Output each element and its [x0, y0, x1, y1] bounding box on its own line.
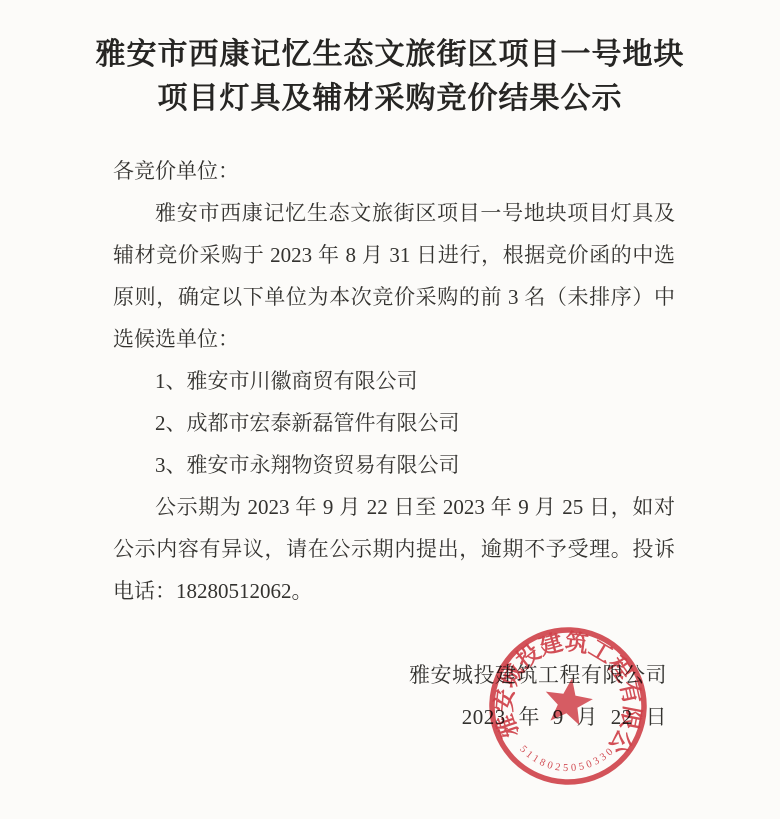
official-seal: 雅安城投建筑工程有限公司 5118025050330: [483, 621, 653, 791]
paragraph1-line-1: 雅安市西康记忆生态文旅街区项目一号地块项目灯具及: [113, 192, 675, 234]
title-line-2: 项目灯具及辅材采购竞价结果公示: [0, 77, 780, 121]
salutation: 各竞价单位：: [113, 150, 675, 192]
title-line-1: 雅安市西康记忆生态文旅街区项目一号地块: [0, 33, 780, 77]
paragraph1-line-4: 选候选单位：: [113, 318, 675, 360]
paragraph2-line-3: 电话：18280512062。: [113, 570, 675, 612]
document-title: 雅安市西康记忆生态文旅街区项目一号地块 项目灯具及辅材采购竞价结果公示: [0, 0, 780, 121]
document-body: 各竞价单位： 雅安市西康记忆生态文旅街区项目一号地块项目灯具及 辅材竞价采购于 …: [113, 150, 675, 612]
candidate-item-1: 1、雅安市川徽商贸有限公司: [113, 360, 675, 402]
candidate-item-3: 3、雅安市永翔物资贸易有限公司: [113, 444, 675, 486]
paragraph2-line-1: 公示期为 2023 年 9 月 22 日至 2023 年 9 月 25 日，如对: [113, 486, 675, 528]
paragraph1-line-2: 辅材竞价采购于 2023 年 8 月 31 日进行，根据竞价函的中选: [113, 234, 675, 276]
star-icon: [541, 675, 595, 727]
scanned-document-page: 雅安市西康记忆生态文旅街区项目一号地块 项目灯具及辅材采购竞价结果公示 各竞价单…: [0, 0, 780, 819]
candidate-item-2: 2、成都市宏泰新磊管件有限公司: [113, 402, 675, 444]
paragraph1-line-3: 原则，确定以下单位为本次竞价采购的前 3 名（未排序）中: [113, 276, 675, 318]
paragraph2-line-2: 公示内容有异议，请在公示期内提出，逾期不予受理。投诉: [113, 528, 675, 570]
